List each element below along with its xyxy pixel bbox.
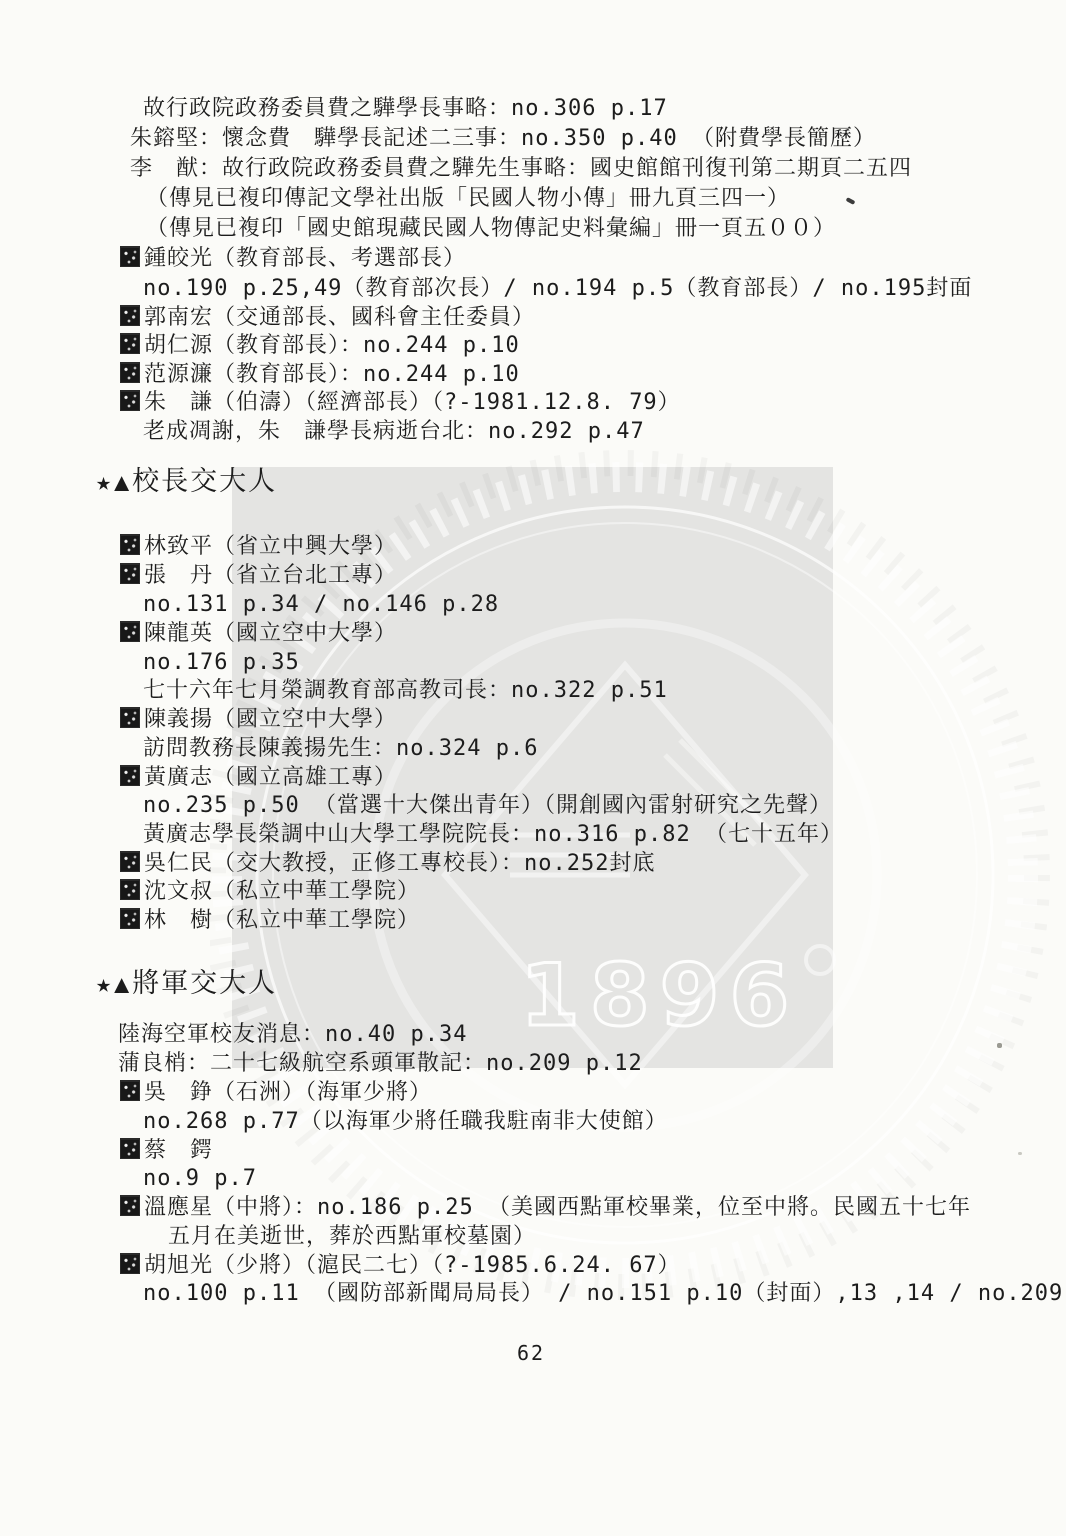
photo-stamp-icon [120,880,140,900]
section-header-label: 校長交大人 [132,466,277,497]
photo-stamp-icon [120,1196,140,1216]
line-text: 郭南宏（交通部長、國科會主任委員） [144,305,535,330]
text-line: 胡仁源（教育部長）：no.244 p.10 [120,333,140,353]
text-line: 沈文叔（私立中華工學院） [120,879,140,899]
line-text: no.235 p.50 （當選十大傑出青年）（開創國內雷射研究之先聲） [143,793,832,818]
text-line: 林 樹（私立中華工學院） [120,908,140,928]
line-text: no.176 p.35 [143,650,300,675]
line-text: no.100 p.11 （國防部新聞局局長） / no.151 p.10（封面）… [143,1281,1063,1306]
line-text: 蒲良梢：二十七級航空系頭軍散記：no.209 p.12 [118,1051,643,1076]
text-line: no.190 p.25,49（教育部次長）/ no.194 p.5（教育部長）/… [143,276,972,302]
line-text: 五月在美逝世，葬於西點軍校墓園） [168,1224,536,1249]
line-text: 林致平（省立中興大學） [144,534,397,559]
line-text: 老成凋謝，朱 謙學長病逝台北：no.292 p.47 [143,419,645,444]
line-text: 溫應星（中將）：no.186 p.25 （美國西點軍校畢業，位至中將。民國五十七… [144,1195,971,1220]
text-line: 訪問教務長陳義揚先生：no.324 p.6 [143,736,538,762]
line-text: 朱鎔堅：懷念費 驊學長記述二三事：no.350 p.40 （附費學長簡歷） [130,126,876,151]
photo-stamp-icon [120,852,140,872]
text-line: 陳龍英（國立空中大學） [120,621,140,641]
photo-stamp-icon [120,535,140,555]
photo-stamp-icon [120,564,140,584]
photo-stamp-icon [120,1254,140,1274]
line-text: 故行政院政務委員費之驊學長事略：no.306 p.17 [143,96,668,121]
text-line: no.268 p.77（以海軍少將任職我駐南非大使館） [143,1109,668,1135]
text-line: 老成凋謝，朱 謙學長病逝台北：no.292 p.47 [143,419,645,445]
photo-stamp-icon [120,766,140,786]
text-line: no.176 p.35 [143,650,300,676]
text-line: 吳仁民（交大教授，正修工專校長）：no.252封底 [120,851,140,871]
line-text: 沈文叔（私立中華工學院） [144,879,420,904]
line-text: 吳仁民（交大教授，正修工專校長）：no.252封底 [144,851,655,876]
text-line: 吳 錚（石洲）（海軍少將） [120,1080,140,1100]
text-line: （傳見已複印傳記文學社出版「民國人物小傳」冊九頁三四一） [146,186,790,212]
text-line: 黃廣志（國立高雄工專） [120,765,140,785]
line-text: no.268 p.77（以海軍少將任職我駐南非大使館） [143,1109,668,1134]
line-text: 朱 謙（伯濤）（經濟部長）（?-1981.12.8. 79） [144,390,681,415]
text-line: 李 猷：故行政院政務委員費之驊先生事略：國史館館刊復刊第二期頁二五四 [130,156,912,182]
text-line: 林致平（省立中興大學） [120,534,140,554]
photo-stamp-icon [120,334,140,354]
line-text: 張 丹（省立台北工專） [144,563,397,588]
line-text: 陸海空軍校友消息：no.40 p.34 [118,1022,467,1047]
line-text: 李 猷：故行政院政務委員費之驊先生事略：國史館館刊復刊第二期頁二五四 [130,156,912,181]
text-block: 故行政院政務委員費之驊學長事略：no.306 p.17朱鎔堅：懷念費 驊學長記述… [0,0,1066,1536]
photo-stamp-icon [120,306,140,326]
text-line: no.131 p.34 / no.146 p.28 [143,592,499,618]
line-text: no.9 p.7 [143,1166,257,1191]
photo-stamp-icon [120,622,140,642]
photo-stamp-icon [120,247,140,267]
line-text: 鍾皎光（教育部長、考選部長） [144,246,466,271]
photo-stamp-icon [120,1081,140,1101]
scan-artifact [1018,1152,1022,1155]
section-header: ★▲校長交大人 [96,466,277,497]
page-number: 62 [517,1341,545,1365]
text-line: 郭南宏（交通部長、國科會主任委員） [120,305,140,325]
section-header-label: 將軍交大人 [132,968,277,999]
text-line: 蒲良梢：二十七級航空系頭軍散記：no.209 p.12 [118,1051,643,1077]
line-text: 胡旭光（少將）（滬民二七）（?-1985.6.24. 67） [144,1253,681,1278]
text-line: 陸海空軍校友消息：no.40 p.34 [118,1022,467,1048]
photo-stamp-icon [120,363,140,383]
photo-stamp-icon [120,909,140,929]
text-line: 范源濂（教育部長）：no.244 p.10 [120,362,140,382]
text-line: no.9 p.7 [143,1166,257,1192]
line-text: no.190 p.25,49（教育部次長）/ no.194 p.5（教育部長）/… [143,276,972,301]
line-text: 訪問教務長陳義揚先生：no.324 p.6 [143,736,538,761]
line-text: no.131 p.34 / no.146 p.28 [143,592,499,617]
line-text: 范源濂（教育部長）：no.244 p.10 [144,362,520,387]
line-text: 蔡 鍔 [144,1138,213,1163]
text-line: 故行政院政務委員費之驊學長事略：no.306 p.17 [143,96,668,122]
text-line: 朱 謙（伯濤）（經濟部長）（?-1981.12.8. 79） [120,390,140,410]
text-line: 七十六年七月榮調教育部高教司長：no.322 p.51 [143,678,668,704]
photo-stamp-icon [120,708,140,728]
text-line: no.100 p.11 （國防部新聞局局長） / no.151 p.10（封面）… [143,1281,1063,1307]
text-line: 溫應星（中將）：no.186 p.25 （美國西點軍校畢業，位至中將。民國五十七… [120,1195,140,1215]
star-icon: ★ [96,467,111,496]
text-line: 鍾皎光（教育部長、考選部長） [120,246,140,266]
scanned-page: 1896 故行政院政務委員費之驊學長事略：no.306 p.17朱鎔堅：懷念費 … [0,0,1066,1536]
text-line: 陳義揚（國立空中大學） [120,707,140,727]
line-text: 吳 錚（石洲）（海軍少將） [144,1080,432,1105]
section-header: ★▲將軍交大人 [96,968,277,999]
line-text: 黃廣志（國立高雄工專） [144,765,397,790]
line-text: 陳龍英（國立空中大學） [144,621,397,646]
photo-stamp-icon [120,1139,140,1159]
photo-stamp-icon [120,391,140,411]
triangle-icon: ▲ [114,969,129,998]
line-text: （傳見已複印傳記文學社出版「民國人物小傳」冊九頁三四一） [146,186,790,211]
star-icon: ★ [96,969,111,998]
text-line: 五月在美逝世，葬於西點軍校墓園） [168,1224,536,1250]
text-line: （傳見已複印「國史館現藏民國人物傳記史料彙編」冊一頁五００） [146,216,836,242]
text-line: 胡旭光（少將）（滬民二七）（?-1985.6.24. 67） [120,1253,140,1273]
triangle-icon: ▲ [114,467,129,496]
text-line: no.235 p.50 （當選十大傑出青年）（開創國內雷射研究之先聲） [143,793,832,819]
scan-artifact [997,1043,1002,1048]
line-text: 林 樹（私立中華工學院） [144,908,420,933]
line-text: （傳見已複印「國史館現藏民國人物傳記史料彙編」冊一頁五００） [146,216,836,241]
text-line: 黃廣志學長榮調中山大學工學院院長：no.316 p.82 （七十五年） [143,822,843,848]
text-line: 蔡 鍔 [120,1138,140,1158]
line-text: 七十六年七月榮調教育部高教司長：no.322 p.51 [143,678,668,703]
line-text: 黃廣志學長榮調中山大學工學院院長：no.316 p.82 （七十五年） [143,822,843,847]
line-text: 陳義揚（國立空中大學） [144,707,397,732]
text-line: 朱鎔堅：懷念費 驊學長記述二三事：no.350 p.40 （附費學長簡歷） [130,126,876,152]
text-line: 張 丹（省立台北工專） [120,563,140,583]
line-text: 胡仁源（教育部長）：no.244 p.10 [144,333,520,358]
